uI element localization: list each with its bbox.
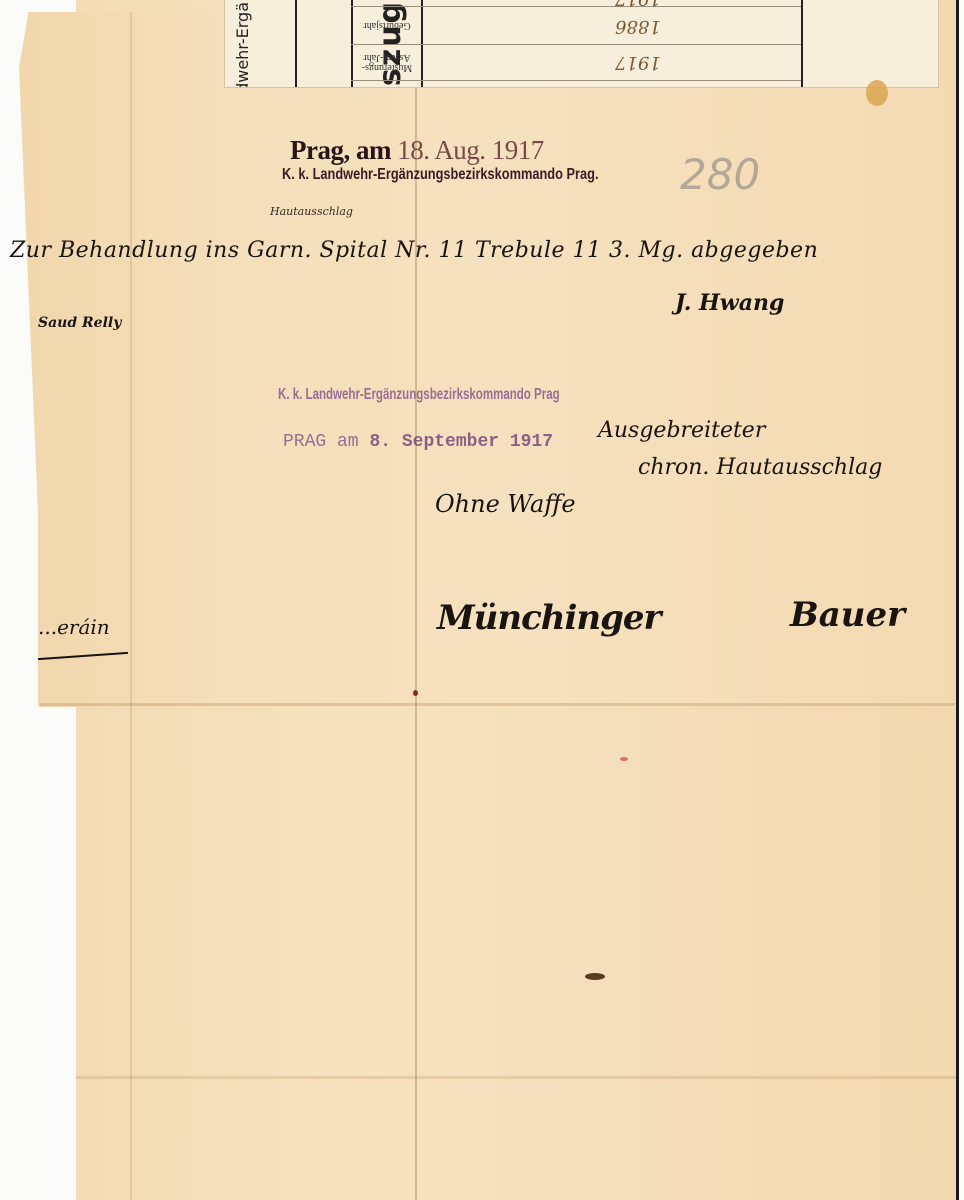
stamp-date: 18. Aug. 1917 (397, 135, 544, 165)
signature-left-bottom: ...eráin (38, 615, 110, 639)
signature-right: Bauer (790, 595, 905, 635)
pencil-folio-number: 280 (680, 150, 760, 199)
stamp-september-date: 8. September 1917 (369, 432, 553, 452)
slip-title-column: Auszug (295, 0, 353, 88)
slip-header-text: ndwehr-Ergä (233, 2, 252, 88)
stamp-issuer: K. k. Landwehr-Ergänzungsbezirkskommando… (282, 166, 599, 184)
handwritten-note-center: Ohne Waffe (435, 490, 576, 518)
stamp-september-place: PRAG am (283, 432, 359, 452)
slip-row-divider (351, 44, 801, 45)
slip-row-divider (351, 80, 801, 81)
paper-stain (413, 690, 418, 696)
handwritten-note-right-line1: Ausgebreiteter (598, 418, 765, 443)
stamp-date-line: Prag, am 18. Aug. 1917 (290, 135, 678, 166)
stamp-september-date-line: PRAG am 8. September 1917 (283, 432, 553, 452)
stamp-august-1917: Prag, am 18. Aug. 1917 K. k. Landwehr-Er… (290, 135, 678, 184)
slip-value-top: 1917 (615, 0, 661, 9)
stamp-september-issuer: K. k. Landwehr-Ergänzungsbezirkskommando… (278, 386, 560, 404)
fold-line-vertical-left (130, 12, 132, 1200)
slip-header-column: ndwehr-Ergä (225, 0, 297, 88)
handwritten-note-right-line2: chron. Hautausschlag (638, 455, 882, 480)
slip-value-assent-year: 1917 (615, 52, 661, 73)
slip-value-birth-year: 1886 (615, 16, 661, 37)
slip-row-divider (351, 6, 801, 7)
fold-line-horizontal-upper (40, 703, 955, 706)
paper-stain (866, 80, 888, 106)
stamp-place: Prag, am (290, 135, 391, 165)
paper-stain (620, 757, 628, 761)
paper-stain (585, 973, 605, 980)
signature-top-right: J. Hwang (675, 290, 784, 316)
slip-field-label-assent-year: Musterungs-Assent-Jahr (357, 52, 417, 72)
signature-left-top: Saud Relly (38, 315, 121, 331)
attached-record-slip: ndwehr-Ergä Auszug Geburtsjahr Musterung… (224, 0, 939, 88)
handwritten-main-line: Zur Behandlung ins Garn. Spital Nr. 11 T… (10, 238, 818, 263)
fold-line-horizontal-lower (76, 1076, 956, 1079)
slip-field-label-birth-year: Geburtsjahr (357, 20, 417, 30)
handwritten-diagnosis-small: Hautausschlag (270, 205, 353, 218)
signature-center: Münchinger (437, 598, 660, 638)
